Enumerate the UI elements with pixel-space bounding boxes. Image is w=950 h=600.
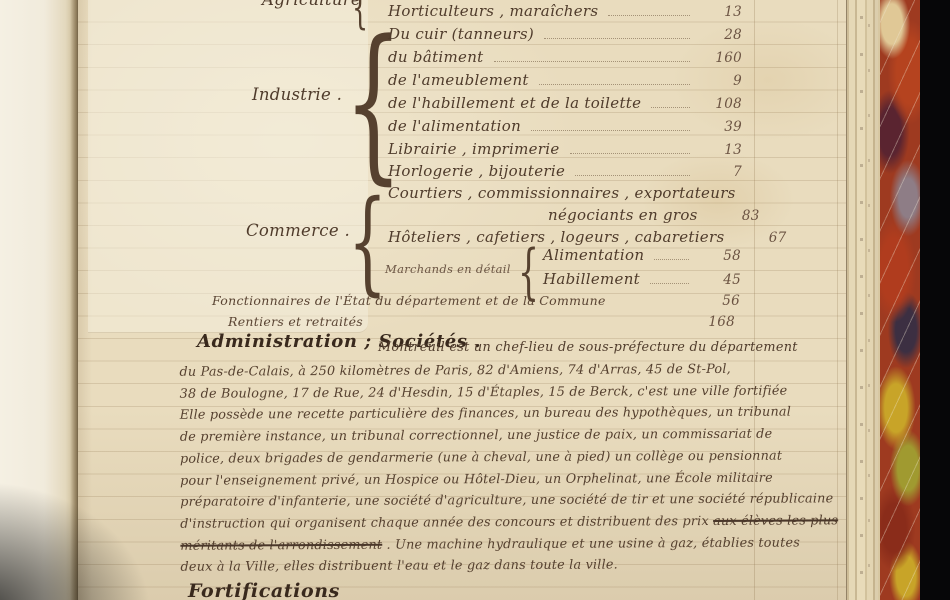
row-value: 7 <box>698 164 742 180</box>
row-value: 28 <box>698 27 742 43</box>
census-row: de l'alimentation 39 <box>388 117 742 135</box>
census-row: négociants en gros 83 <box>388 206 742 224</box>
struck-text: aux élèves les plus <box>713 513 838 529</box>
row-value: 39 <box>698 119 742 135</box>
row-label: Du cuir (tanneurs) <box>388 25 534 43</box>
book-photograph: Agriculture Industrie . Commerce . { { {… <box>0 0 950 600</box>
row-value: 13 <box>698 142 742 158</box>
retail-label: Marchands en détail <box>385 262 511 276</box>
section-heading-fortifications: Fortifications <box>188 580 340 600</box>
struck-text: méritants de l'arrondissement <box>180 537 382 553</box>
leader-dots <box>608 15 690 16</box>
leader-dots <box>570 153 690 154</box>
leader-dots <box>494 61 691 62</box>
administration-paragraph: du Pas-de-Calais, à 250 kilomètres de Pa… <box>179 358 856 579</box>
row-label: de l'alimentation <box>388 117 521 135</box>
census-row: Horticulteurs , maraîchers 13 <box>388 2 742 20</box>
census-row: Du cuir (tanneurs) 28 <box>388 25 742 43</box>
row-value: 168 <box>691 314 735 330</box>
row-value: 58 <box>697 248 741 264</box>
row-value: 160 <box>698 50 742 66</box>
census-row: Horlogerie , bijouterie 7 <box>388 162 742 180</box>
census-row: Courtiers , commissionnaires , exportate… <box>388 184 742 202</box>
row-label: Hôteliers , cafetiers , logeurs , cabare… <box>388 228 724 246</box>
census-row: Hôteliers , cafetiers , logeurs , cabare… <box>388 228 742 246</box>
row-label: Rentiers et retraités <box>228 314 363 329</box>
leader-dots <box>539 84 690 85</box>
brace-commerce: { <box>348 186 387 298</box>
row-label: négociants en gros <box>548 206 698 224</box>
row-label: Courtiers , commissionnaires , exportate… <box>388 184 736 202</box>
row-value: 108 <box>698 96 742 112</box>
leader-dots <box>575 175 690 176</box>
paragraph-line: d'instruction qui organisent chaque anné… <box>180 510 856 535</box>
marbled-cover <box>878 0 920 600</box>
group-label-commerce: Commerce . <box>246 221 350 240</box>
row-label: Alimentation <box>543 246 644 264</box>
row-value: 83 <box>716 208 760 224</box>
leader-dots <box>654 259 689 260</box>
row-label: Habillement <box>543 270 640 288</box>
row-value: 9 <box>698 73 742 89</box>
census-row: de l'ameublement 9 <box>388 71 742 89</box>
ink-bleed-marks <box>860 0 863 600</box>
summary-row: Fonctionnaires de l'État du département … <box>212 293 740 309</box>
row-label: de l'ameublement <box>388 71 529 89</box>
group-label-industrie: Industrie . <box>252 85 342 104</box>
row-value: 13 <box>698 4 742 20</box>
facing-page <box>0 0 80 600</box>
paragraph-text: d'instruction qui organisent chaque anné… <box>180 514 713 532</box>
paper-patch <box>88 0 368 333</box>
census-row: du bâtiment 160 <box>388 48 742 66</box>
census-row: Librairie , imprimerie 13 <box>388 140 742 158</box>
row-label: de l'habillement et de la toilette <box>388 94 641 112</box>
row-label: Horticulteurs , maraîchers <box>388 2 598 20</box>
row-value: 45 <box>697 272 741 288</box>
leader-dots <box>650 283 689 284</box>
row-label: du bâtiment <box>388 48 484 66</box>
paragraph-line: deux à la Ville, elles distribuent l'eau… <box>180 554 856 579</box>
row-label: Horlogerie , bijouterie <box>388 162 565 180</box>
leader-dots <box>651 107 690 108</box>
ink-bleed-marks <box>868 0 870 600</box>
retail-row: Habillement 45 <box>543 270 741 288</box>
paragraph-line: police, deux brigades de gendarmerie (un… <box>180 445 856 470</box>
census-row: de l'habillement et de la toilette 108 <box>388 94 742 112</box>
leader-dots <box>544 38 690 39</box>
paragraph-text: . Une machine hydraulique et une usine à… <box>382 535 800 552</box>
row-value: 67 <box>742 230 786 246</box>
row-label: Fonctionnaires de l'État du département … <box>212 293 606 308</box>
paragraph-line: Montreuil est un chef-lieu de sous-préfe… <box>378 340 798 355</box>
summary-row: Rentiers et retraités 168 <box>228 314 735 330</box>
leader-dots <box>531 130 690 131</box>
row-label: Librairie , imprimerie <box>388 140 560 158</box>
row-value: 56 <box>696 293 740 309</box>
retail-row: Alimentation 58 <box>543 246 741 264</box>
paragraph-line: méritants de l'arrondissement . Une mach… <box>180 532 856 557</box>
